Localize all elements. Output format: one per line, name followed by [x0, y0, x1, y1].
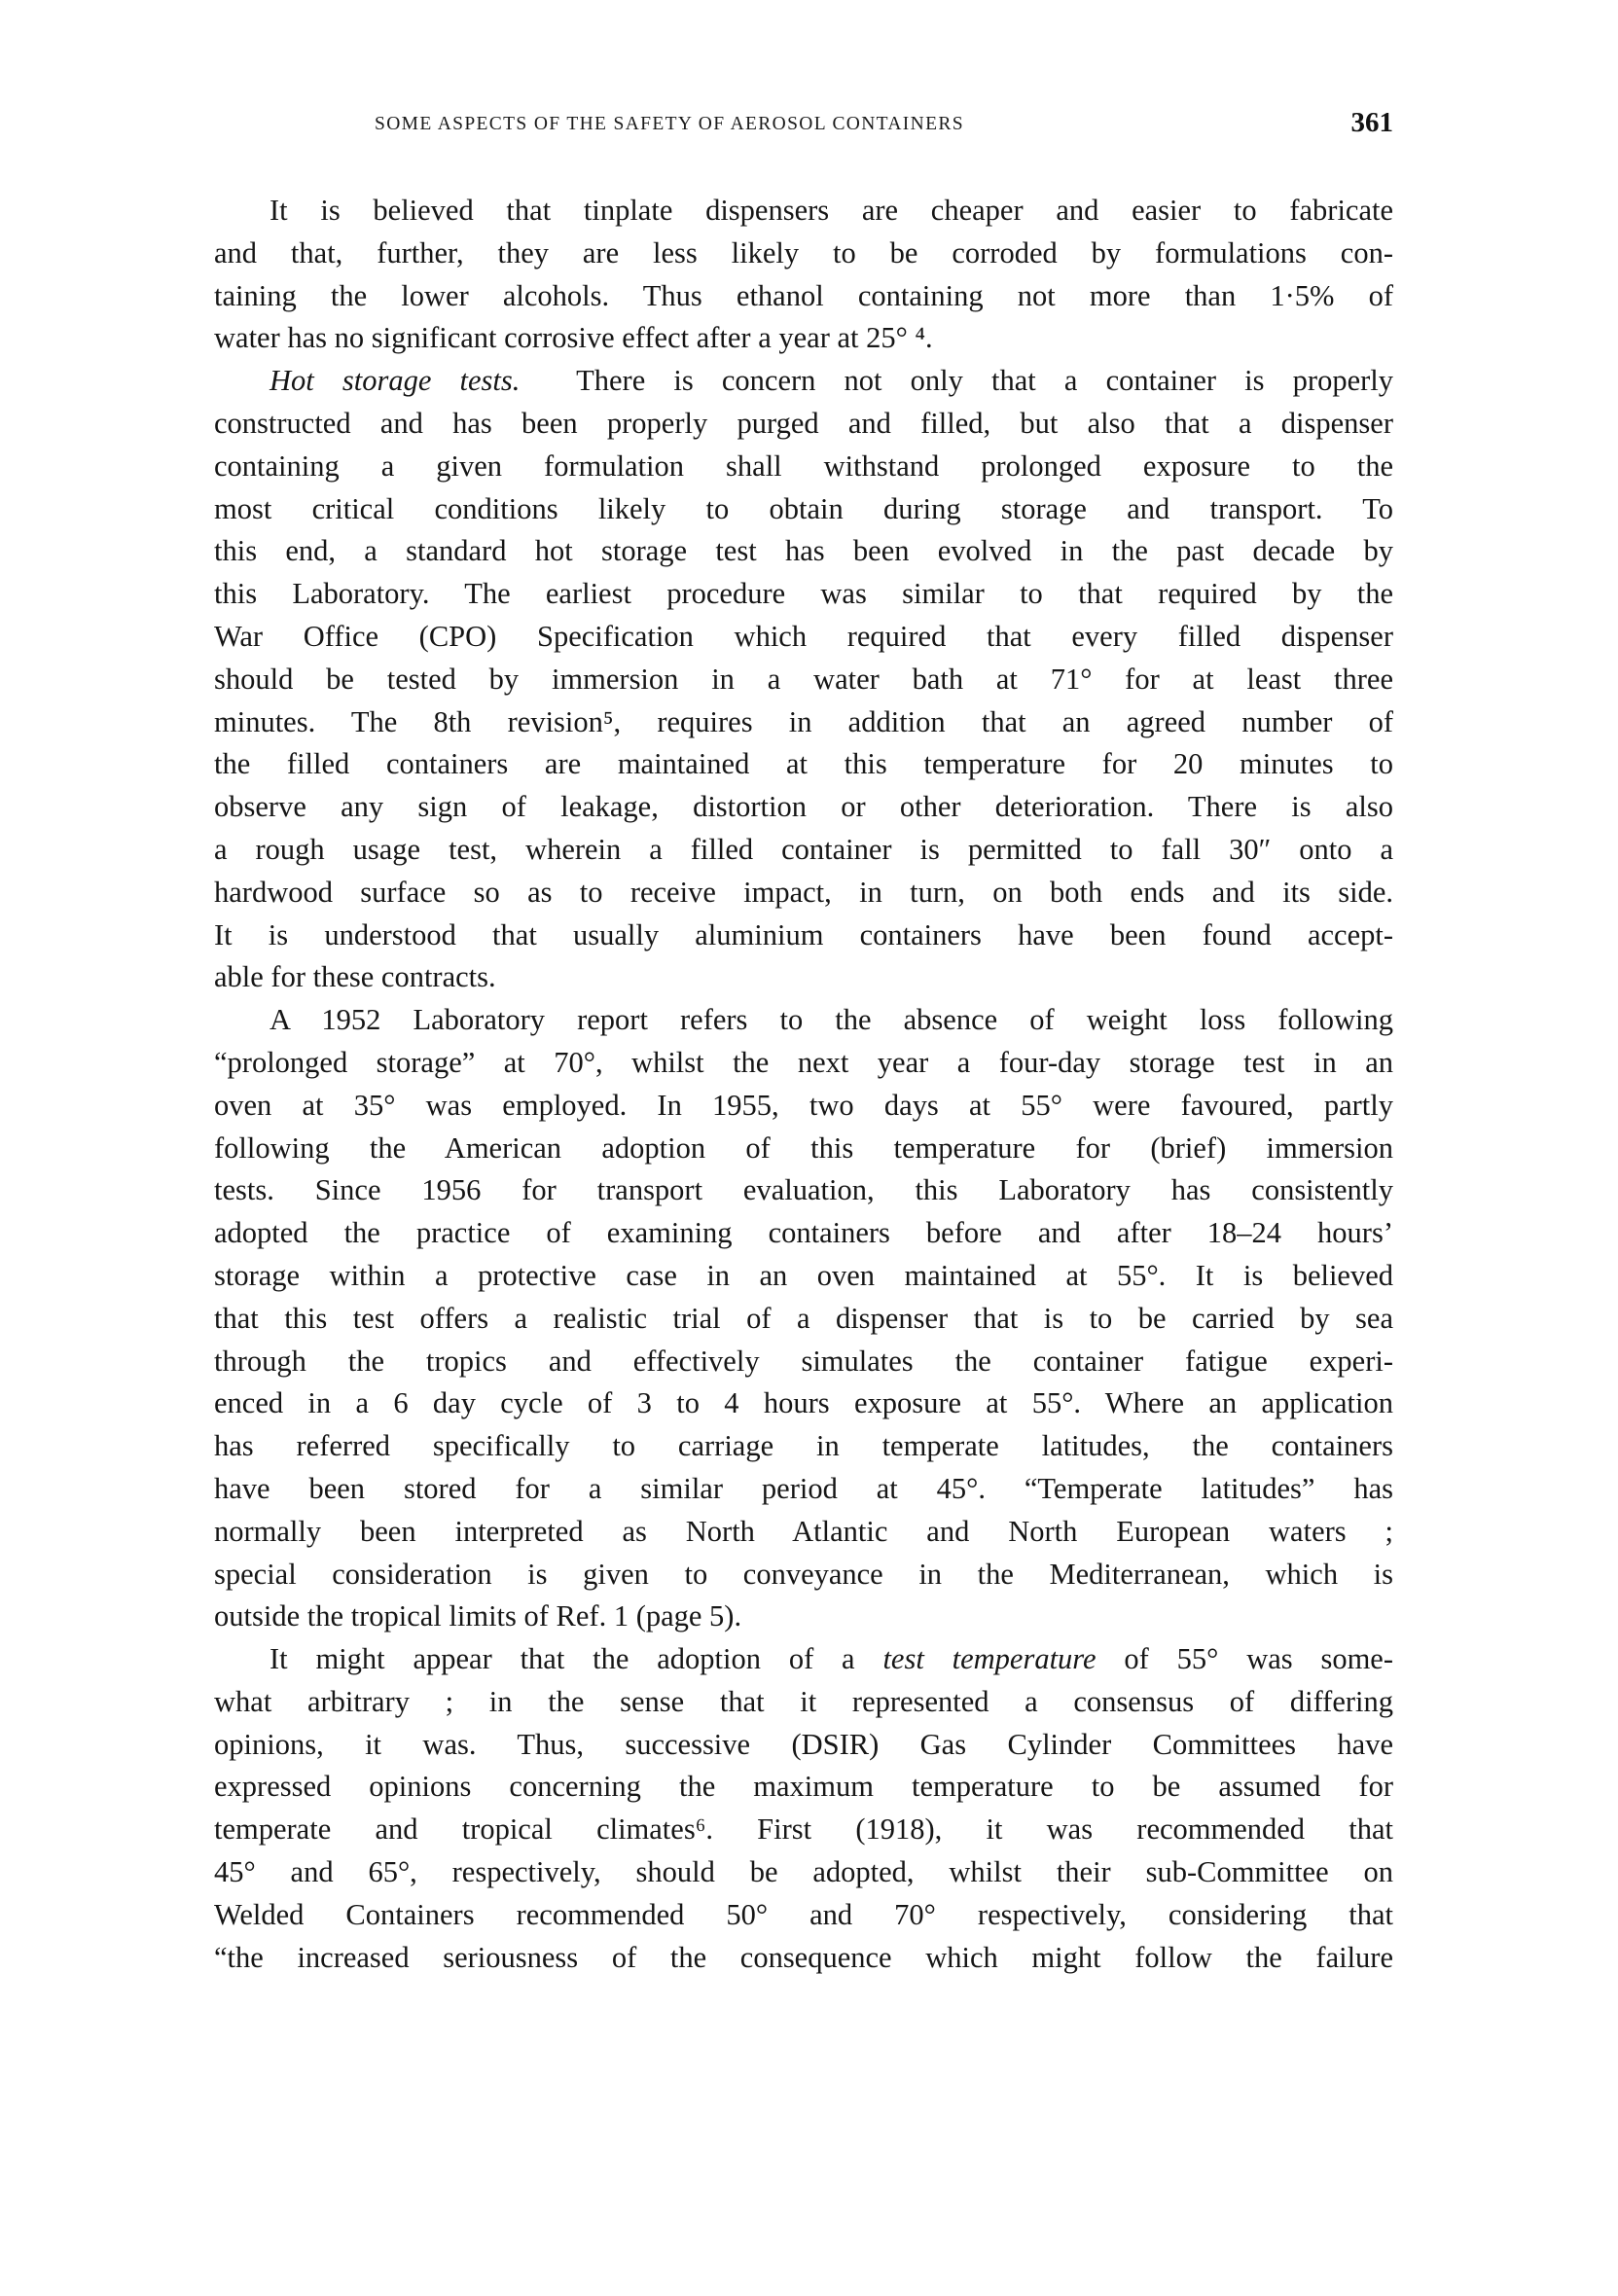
text-line: tests. Since 1956 for transport evaluati… — [214, 1169, 1393, 1212]
text-line: It is understood that usually aluminium … — [214, 915, 1393, 957]
text-line: should be tested by immersion in a water… — [214, 659, 1393, 701]
text-line: and that, further, they are less likely … — [214, 233, 1393, 275]
text-line: opinions, it was. Thus, successive (DSIR… — [214, 1724, 1393, 1767]
text-line: adopted the practice of examining contai… — [214, 1212, 1393, 1255]
text-line: that this test offers a realistic trial … — [214, 1298, 1393, 1341]
text-line: the filled containers are maintained at … — [214, 743, 1393, 786]
text-line: through the tropics and effectively simu… — [214, 1341, 1393, 1383]
text-line: this Laboratory. The earliest procedure … — [214, 573, 1393, 616]
paragraph-1952-report: A 1952 Laboratory report refers to the a… — [214, 999, 1393, 1638]
text-line: temperate and tropical climates⁶. First … — [214, 1809, 1393, 1851]
text-line: Hot storage tests. There is concern not … — [214, 360, 1393, 403]
text-line: what arbitrary ; in the sense that it re… — [214, 1681, 1393, 1724]
text-line: able for these contracts. — [214, 956, 1393, 999]
text-line: It is believed that tinplate dispensers … — [214, 190, 1393, 233]
text-line: War Office (CPO) Specification which req… — [214, 616, 1393, 659]
text-line: enced in a 6 day cycle of 3 to 4 hours e… — [214, 1382, 1393, 1425]
text-line: this end, a standard hot storage test ha… — [214, 530, 1393, 573]
text-line: containing a given formulation shall wit… — [214, 446, 1393, 488]
text-line: Welded Containers recommended 50° and 70… — [214, 1894, 1393, 1937]
emphasis-text: test temperature — [882, 1642, 1096, 1675]
text-line: water has no significant corrosive effec… — [214, 317, 1393, 360]
text-line: hardwood surface so as to receive impact… — [214, 872, 1393, 915]
text-line: most critical conditions likely to obtai… — [214, 488, 1393, 531]
running-title: Some Aspects of the Safety of Aerosol Co… — [375, 111, 964, 138]
text-line: It might appear that the adoption of a t… — [214, 1638, 1393, 1681]
page-number: 361 — [1351, 108, 1394, 137]
text-run: It might appear that the adoption of a — [270, 1642, 882, 1675]
text-line: following the American adoption of this … — [214, 1128, 1393, 1170]
text-run: There is concern not only that a contain… — [520, 364, 1393, 397]
text-line: constructed and has been properly purged… — [214, 403, 1393, 446]
paragraph-test-temperature: It might appear that the adoption of a t… — [214, 1638, 1393, 1979]
text-line: taining the lower alcohols. Thus ethanol… — [214, 275, 1393, 318]
text-line: oven at 35° was employed. In 1955, two d… — [214, 1085, 1393, 1128]
text-line: “prolonged storage” at 70°, whilst the n… — [214, 1042, 1393, 1085]
body-text: It is believed that tinplate dispensers … — [214, 190, 1393, 1979]
text-line: normally been interpreted as North Atlan… — [214, 1511, 1393, 1554]
document-page: Some Aspects of the Safety of Aerosol Co… — [0, 0, 1618, 2296]
section-run-in-heading: Hot storage tests. — [270, 364, 520, 397]
text-line: A 1952 Laboratory report refers to the a… — [214, 999, 1393, 1042]
text-line: “the increased seriousness of the conseq… — [214, 1937, 1393, 1980]
text-line: expressed opinions concerning the maximu… — [214, 1766, 1393, 1809]
text-line: storage within a protective case in an o… — [214, 1255, 1393, 1298]
text-line: a rough usage test, wherein a filled con… — [214, 829, 1393, 872]
text-line: has referred specifically to carriage in… — [214, 1425, 1393, 1468]
running-header: Some Aspects of the Safety of Aerosol Co… — [375, 111, 1393, 138]
paragraph-hot-storage-tests: Hot storage tests. There is concern not … — [214, 360, 1393, 999]
text-run: of 55° was some- — [1097, 1642, 1393, 1675]
text-line: 45° and 65°, respectively, should be ado… — [214, 1851, 1393, 1894]
text-line: minutes. The 8th revision⁵, requires in … — [214, 701, 1393, 744]
text-line: special consideration is given to convey… — [214, 1554, 1393, 1596]
paragraph-tinplate: It is believed that tinplate dispensers … — [214, 190, 1393, 360]
text-line: outside the tropical limits of Ref. 1 (p… — [214, 1596, 1393, 1638]
text-line: have been stored for a similar period at… — [214, 1468, 1393, 1511]
text-line: observe any sign of leakage, distortion … — [214, 786, 1393, 829]
